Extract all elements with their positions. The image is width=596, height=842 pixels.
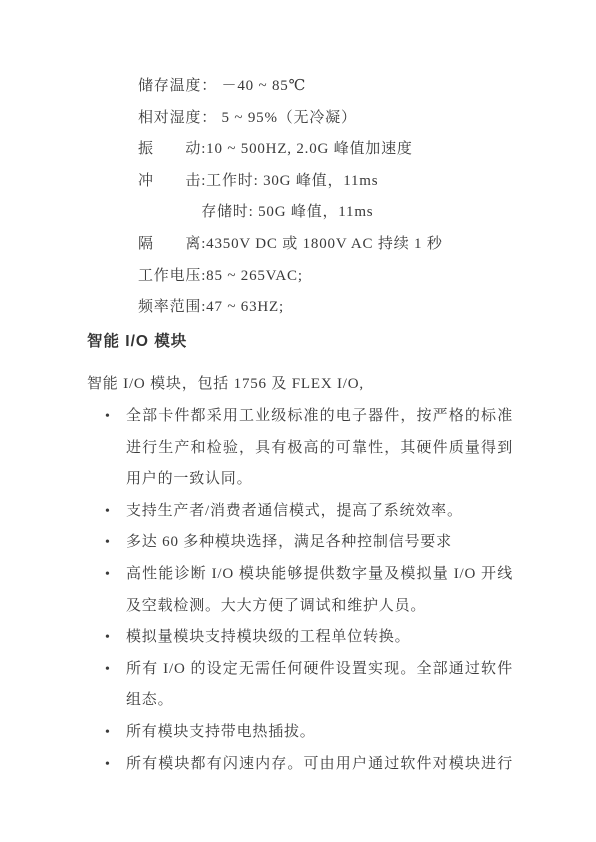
bullet-icon: • [105,622,111,654]
bullet-item: • 所有模块都有闪速内存。可由用户通过软件对模块进行 [87,749,513,781]
spec-line-storage-temp: 储存温度： －40 ~ 85℃ [138,71,536,103]
bullet-item: • 所有模块支持带电热插拔。 [87,717,513,749]
spec-line-isolation: 隔 离:4350V DC 或 1800V AC 持续 1 秒 [138,229,536,261]
bullet-text: 所有模块都有闪速内存。可由用户通过软件对模块进行 [126,749,513,781]
bullet-icon: • [105,527,111,559]
bullet-text: 支持生产者/消费者通信模式，提高了系统效率。 [126,496,513,528]
spec-list: 储存温度： －40 ~ 85℃ 相对湿度： 5 ~ 95%（无冷凝） 振 动:1… [138,71,536,324]
bullet-item: • 支持生产者/消费者通信模式，提高了系统效率。 [87,496,513,528]
spec-line-humidity: 相对湿度： 5 ~ 95%（无冷凝） [138,103,536,135]
bullet-icon: • [105,749,111,781]
bullet-item: • 多达 60 多种模块选择，满足各种控制信号要求 [87,527,513,559]
spec-line-vibration: 振 动:10 ~ 500HZ, 2.0G 峰值加速度 [138,134,536,166]
bullet-icon: • [105,717,111,749]
bullet-text: 模拟量模块支持模块级的工程单位转换。 [126,622,513,654]
bullet-item: • 高性能诊断 I/O 模块能够提供数字量及模拟量 I/O 开线及空载检测。大大… [87,559,513,622]
bullet-text: 多达 60 多种模块选择，满足各种控制信号要求 [126,527,513,559]
bullet-text: 所有模块支持带电热插拔。 [126,717,513,749]
bullet-icon: • [105,654,111,686]
bullet-text: 全部卡件都采用工业级标准的电子器件，按严格的标准进行生产和检验，具有极高的可靠性… [126,401,513,496]
document-page: 储存温度： －40 ~ 85℃ 相对湿度： 5 ~ 95%（无冷凝） 振 动:1… [0,0,596,842]
spec-line-voltage: 工作电压:85 ~ 265VAC; [138,261,536,293]
bullet-text: 高性能诊断 I/O 模块能够提供数字量及模拟量 I/O 开线及空载检测。大大方便… [126,559,513,622]
bullet-list: • 全部卡件都采用工业级标准的电子器件，按严格的标准进行生产和检验，具有极高的可… [87,401,513,780]
bullet-item: • 模拟量模块支持模块级的工程单位转换。 [87,622,513,654]
section-heading: 智能 I/O 模块 [87,331,187,353]
bullet-icon: • [105,401,111,433]
spec-line-shock-storage: 存储时: 50G 峰值，11ms [138,197,536,229]
bullet-icon: • [105,496,111,528]
spec-line-shock-operating: 冲 击:工作时: 30G 峰值，11ms [138,166,536,198]
bullet-icon: • [105,559,111,591]
spec-line-frequency: 频率范围:47 ~ 63HZ; [138,292,536,324]
intro-paragraph: 智能 I/O 模块，包括 1756 及 FLEX I/O, [87,369,536,401]
bullet-text: 所有 I/O 的设定无需任何硬件设置实现。全部通过软件组态。 [126,654,513,717]
bullet-item: • 全部卡件都采用工业级标准的电子器件，按严格的标准进行生产和检验，具有极高的可… [87,401,513,496]
bullet-item: • 所有 I/O 的设定无需任何硬件设置实现。全部通过软件组态。 [87,654,513,717]
